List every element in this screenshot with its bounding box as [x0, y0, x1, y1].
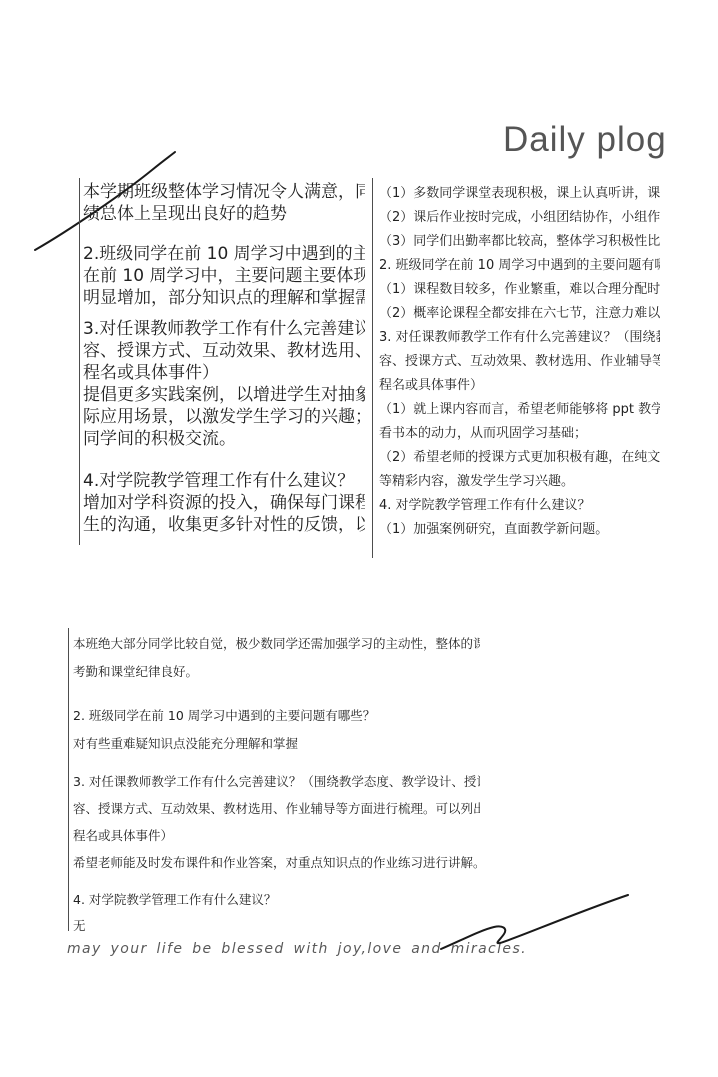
paragraph: 2.班级同学在前 10 周学习中遇到的主要 在前 10 周学习中，主要问题主要体… — [83, 243, 365, 309]
note-box-summary-left[interactable]: 本学期班级整体学习情况令人满意，同 绩总体上呈现出良好的趋势 2.班级同学在前 … — [79, 178, 365, 545]
page-title: Daily plog — [503, 120, 667, 160]
footer-blessing-text: may your life be blessed with joy,love a… — [67, 941, 527, 957]
paragraph: 2. 班级同学在前 10 周学习中遇到的主要问题有哪些？ 对有些重难疑知识点没能… — [73, 702, 480, 758]
note-box-summary-right[interactable]: （1）多数同学课堂表现积极，课上认真听讲，课后认 （2）课后作业按时完成，小组团… — [372, 178, 660, 558]
paragraph: 3.对任课教师教学工作有什么完善建议 容、授课方式、互动效果、教材选用、 程名或… — [83, 318, 365, 450]
paragraph: 本班绝大部分同学比较自觉，极少数同学还需加强学习的主动性，整体的课堂 考勤和课堂… — [73, 630, 480, 686]
paragraph: 本学期班级整体学习情况令人满意，同 绩总体上呈现出良好的趋势 — [83, 181, 365, 225]
note-box-summary-bottom[interactable]: 本班绝大部分同学比较自觉，极少数同学还需加强学习的主动性，整体的课堂 考勤和课堂… — [68, 628, 480, 931]
paragraph: 3. 对任课教师教学工作有什么完善建议？（围绕教学态度、教学设计、授课内 容、授… — [73, 768, 480, 876]
paragraph: 4.对学院教学管理工作有什么建议？ 增加对学科资源的投入，确保每门课程 生的沟通… — [83, 470, 365, 536]
paragraph: 4. 对学院教学管理工作有什么建议？ 无 — [73, 887, 480, 931]
paragraph: （1）多数同学课堂表现积极，课上认真听讲，课后认 （2）课后作业按时完成，小组团… — [379, 182, 660, 542]
